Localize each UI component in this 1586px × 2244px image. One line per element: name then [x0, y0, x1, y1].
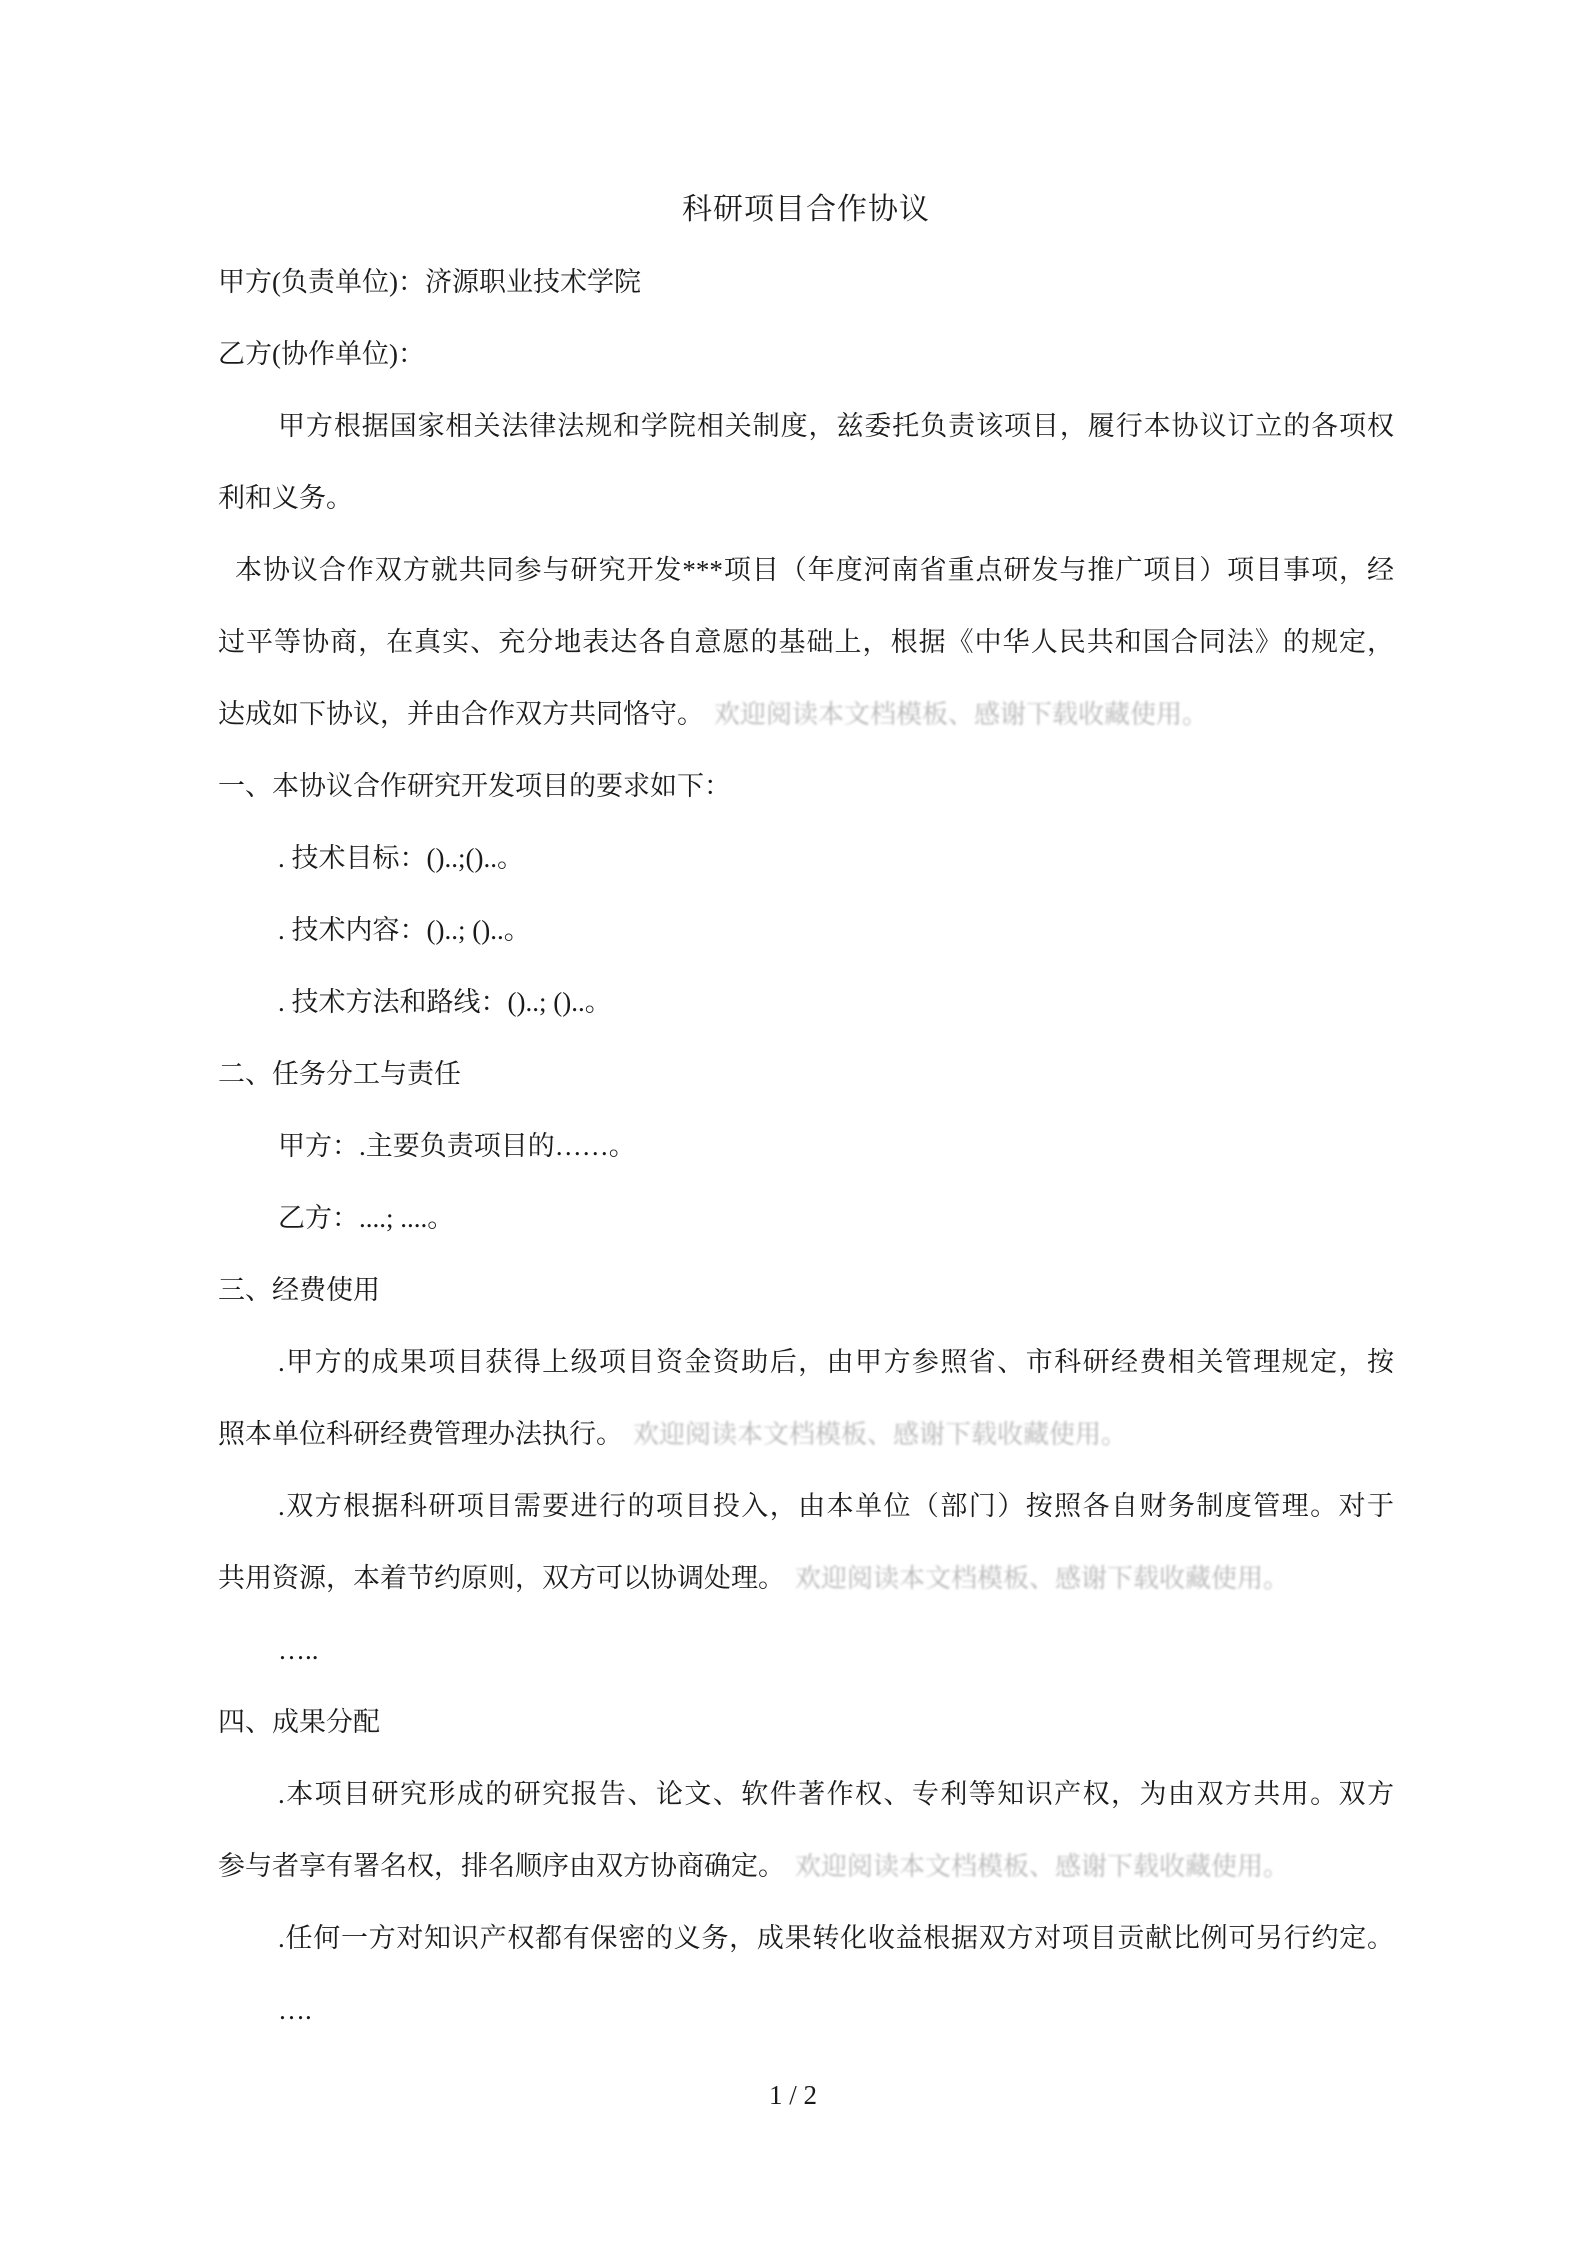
document-body: 科研项目合作协议 甲方(负责单位)：济源职业技术学院乙方(协作单位)：甲方根据国…: [218, 174, 1394, 2046]
watermark-text: 欢迎阅读本文档模板、感谢下载收藏使用。: [704, 700, 1208, 729]
document-page: 科研项目合作协议 甲方(负责单位)：济源职业技术学院乙方(协作单位)：甲方根据国…: [0, 0, 1586, 2244]
bullet-line: . 技术内容：()..; ()..。: [218, 894, 1394, 966]
document-line: 过平等协商，在真实、充分地表达各自意愿的基础上，根据《中华人民共和国合同法》的规…: [218, 606, 1394, 678]
party-b-line: 乙方(协作单位)：: [218, 318, 1394, 390]
document-line: 乙方：....; ....。: [218, 1182, 1394, 1254]
watermark-text: 欢迎阅读本文档模板、感谢下载收藏使用。: [623, 1420, 1127, 1449]
document-line: .任何一方对知识产权都有保密的义务，成果转化收益根据双方对项目贡献比例可另行约定…: [218, 1902, 1394, 1974]
document-line: 共用资源，本着节约原则，双方可以协调处理。欢迎阅读本文档模板、感谢下载收藏使用。: [218, 1542, 1394, 1614]
section-heading-1: 一、本协议合作研究开发项目的要求如下：: [218, 750, 1394, 822]
section-heading-2: 二、任务分工与责任: [218, 1038, 1394, 1110]
ellipsis-line: …..: [218, 1614, 1394, 1686]
ellipsis-line: ….: [218, 1974, 1394, 2046]
watermark-text: 欢迎阅读本文档模板、感谢下载收藏使用。: [785, 1564, 1289, 1593]
document-line: 甲方根据国家相关法律法规和学院相关制度，兹委托负责该项目，履行本协议订立的各项权: [218, 390, 1394, 462]
document-line: 利和义务。: [218, 462, 1394, 534]
page-number: 1 / 2: [0, 2059, 1586, 2131]
document-line: 照本单位科研经费管理办法执行。欢迎阅读本文档模板、感谢下载收藏使用。: [218, 1398, 1394, 1470]
document-line: .甲方的成果项目获得上级项目资金资助后，由甲方参照省、市科研经费相关管理规定，按: [218, 1326, 1394, 1398]
section-heading-4: 四、成果分配: [218, 1686, 1394, 1758]
document-line: 达成如下协议，并由合作双方共同恪守。欢迎阅读本文档模板、感谢下载收藏使用。: [218, 678, 1394, 750]
party-a-line: 甲方(负责单位)：济源职业技术学院: [218, 246, 1394, 318]
bullet-line: . 技术方法和路线：()..; ()..。: [218, 966, 1394, 1038]
section-heading-3: 三、经费使用: [218, 1254, 1394, 1326]
watermark-text: 欢迎阅读本文档模板、感谢下载收藏使用。: [785, 1852, 1289, 1881]
document-line: 参与者享有署名权，排名顺序由双方协商确定。欢迎阅读本文档模板、感谢下载收藏使用。: [218, 1830, 1394, 1902]
document-line: .本项目研究形成的研究报告、论文、软件著作权、专利等知识产权，为由双方共用。双方: [218, 1758, 1394, 1830]
document-title: 科研项目合作协议: [218, 174, 1394, 246]
document-line: 本协议合作双方就共同参与研究开发***项目（年度河南省重点研发与推广项目）项目事…: [218, 534, 1394, 606]
document-line: .双方根据科研项目需要进行的项目投入，由本单位（部门）按照各自财务制度管理。对于: [218, 1470, 1394, 1542]
document-line: 甲方：.主要负责项目的……。: [218, 1110, 1394, 1182]
bullet-line: . 技术目标：()..;()..。: [218, 822, 1394, 894]
